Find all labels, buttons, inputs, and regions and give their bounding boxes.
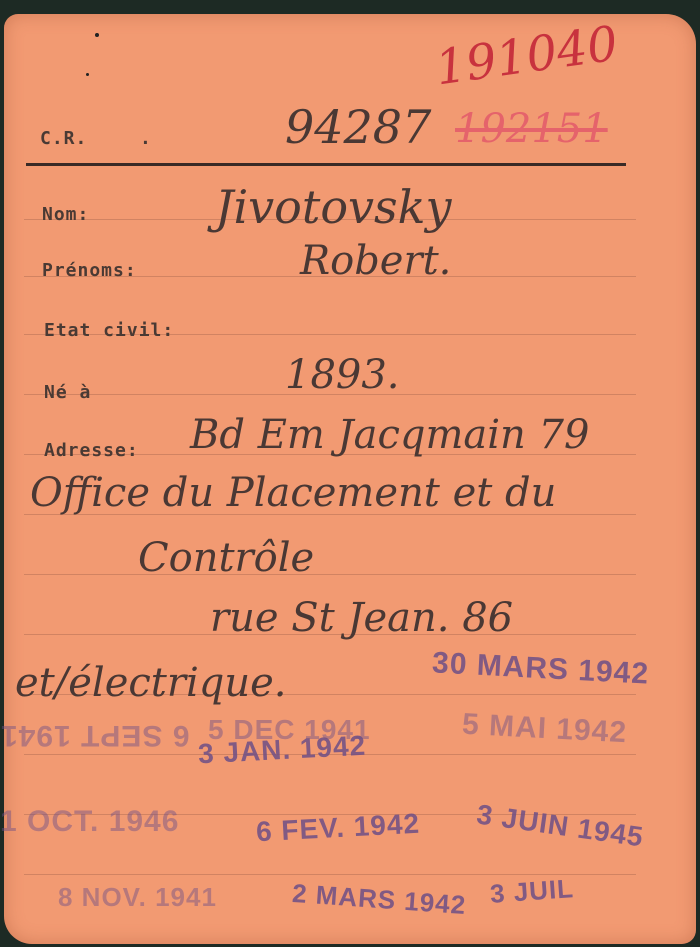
adresse-line-5: et/électrique. (15, 660, 287, 706)
punch-dot (86, 73, 89, 76)
etat-civil-label: Etat civil: (44, 320, 174, 341)
date-stamp: 1 OCT. 1946 (0, 805, 179, 839)
adresse-label: Adresse: (44, 440, 139, 461)
cr-dot: . (140, 128, 152, 149)
adresse-line-2: Office du Placement et du (30, 470, 556, 516)
ne-value: 1893. (285, 352, 400, 398)
adresse-line-3: Contrôle (138, 535, 314, 581)
adresse-line-4: rue St Jean. 86 (210, 595, 513, 641)
header-rule (26, 163, 626, 166)
cr-label: C.R. (40, 128, 87, 149)
cr-number: 94287 (285, 100, 431, 154)
punch-dot (95, 33, 99, 37)
prenoms-label: Prénoms: (42, 260, 137, 281)
nom-value: Jivotovsky (215, 180, 451, 234)
ruled-line (24, 574, 636, 575)
date-stamp: 3 JUIL (489, 873, 575, 910)
adresse-line-1: Bd Em Jacqmain 79 (190, 412, 589, 458)
date-stamp: 6 SEPT 1941 (0, 718, 189, 752)
date-stamp: 8 NOV. 1941 (58, 882, 217, 913)
ne-label: Né à (44, 382, 91, 403)
nom-label: Nom: (42, 204, 89, 225)
cr-number-struck: 192151 (455, 106, 608, 152)
prenoms-value: Robert. (300, 238, 451, 284)
